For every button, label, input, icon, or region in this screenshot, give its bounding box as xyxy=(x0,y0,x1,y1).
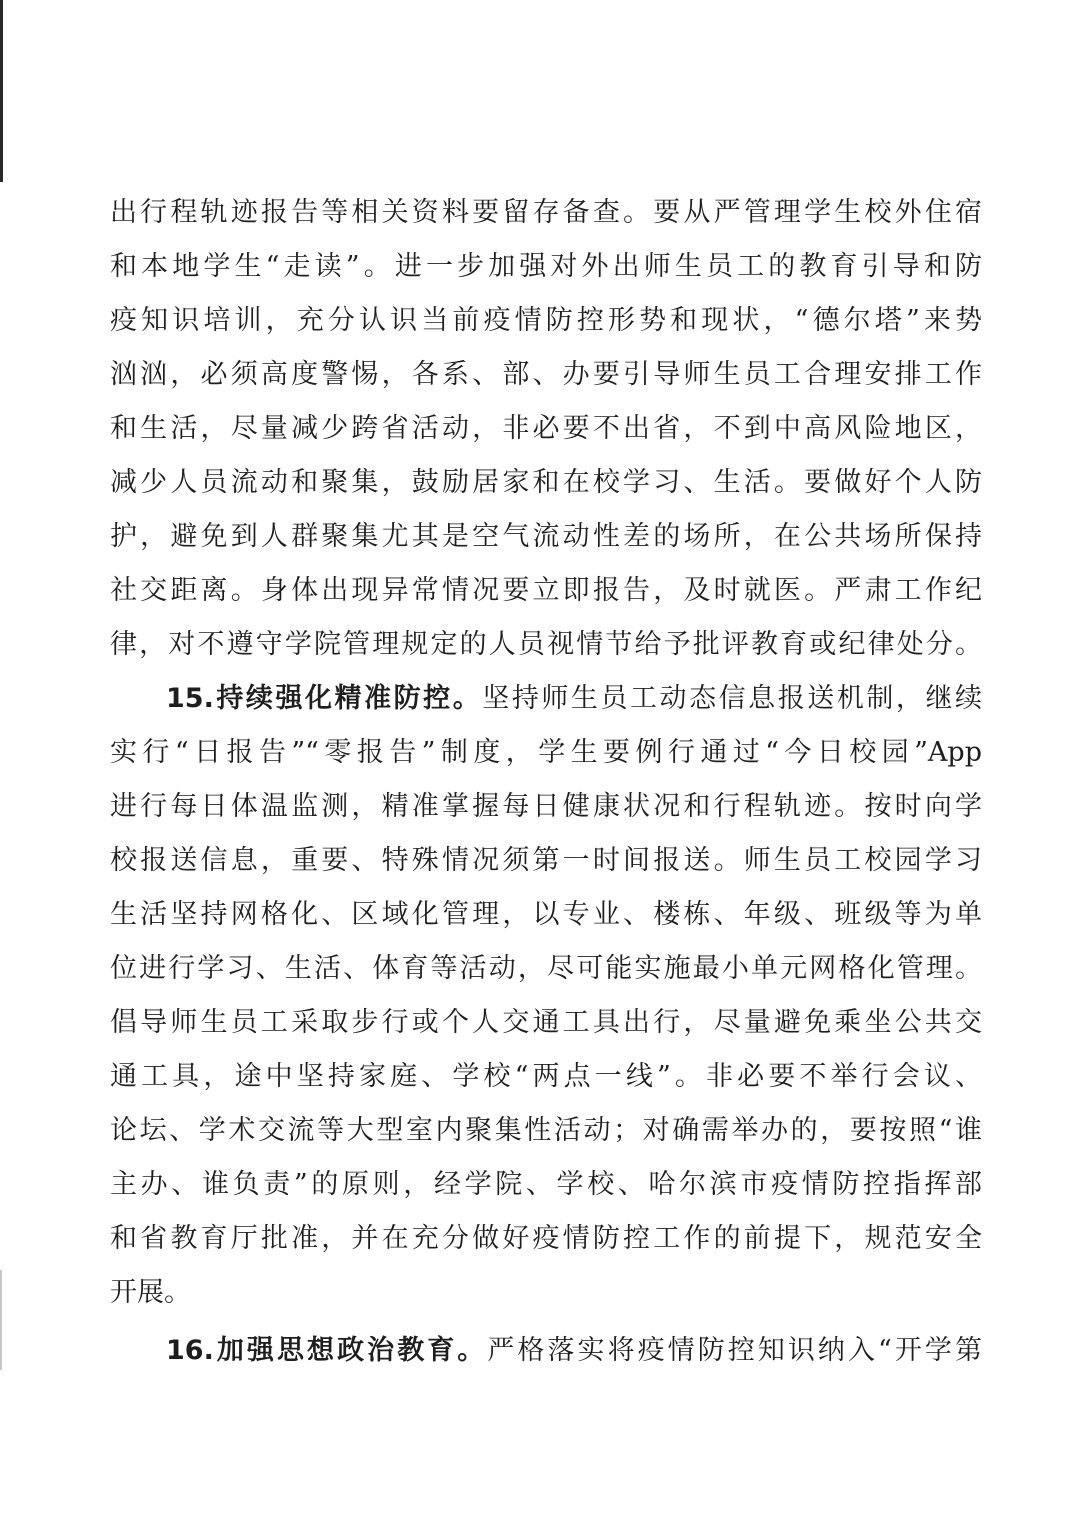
section-16: 16.加强思想政治教育。严格落实将疫情防控知识纳入“开学第 xyxy=(110,1328,982,1382)
text-line: 进行每日体温监测，精准掌握每日健康状况和行程轨迹。按时向学 xyxy=(110,784,982,838)
text-line: 出行程轨迹报告等相关资料要留存备查。要从严管理学生校外住宿 xyxy=(110,190,982,244)
section-15-heading: 15.持续强化精准防控。 xyxy=(166,683,482,714)
text-line: 生活坚持网格化、区域化管理，以专业、楼栋、年级、班级等为单 xyxy=(110,892,982,946)
text-line: 通工具，途中坚持家庭、学校“两点一线”。非必要不举行会议、 xyxy=(110,1054,982,1108)
section-16-first-line-text: 严格落实将疫情防控知识纳入“开学第 xyxy=(487,1335,982,1366)
text-line: 校报送信息，重要、特殊情况须第一时间报送。师生员工校园学习 xyxy=(110,838,982,892)
text-line: 减少人员流动和聚集，鼓励居家和在校学习、生活。要做好个人防 xyxy=(110,460,982,514)
text-line: 和省教育厅批准，并在充分做好疫情防控工作的前提下，规范安全 xyxy=(110,1216,982,1270)
text-line: 社交距离。身体出现异常情况要立即报告，及时就医。严肃工作纪 xyxy=(110,568,982,622)
section-15-first-line: 15.持续强化精准防控。坚持师生员工动态信息报送机制，继续 xyxy=(110,676,982,730)
text-line: 论坛、学术交流等大型室内聚集性活动；对确需举办的，要按照“谁 xyxy=(110,1108,982,1162)
text-line: 汹汹，必须高度警惕，各系、部、办要引导师生员工合理安排工作 xyxy=(110,352,982,406)
text-line: 和生活，尽量减少跨省活动，非必要不出省，不到中高风险地区， xyxy=(110,406,982,460)
text-line-last: 开展。 xyxy=(110,1270,982,1324)
text-line: 律，对不遵守学院管理规定的人员视情节给予批评教育或纪律处分。 xyxy=(110,622,982,676)
text-line: 倡导师生员工采取步行或个人交通工具出行，尽量避免乘坐公共交 xyxy=(110,1000,982,1054)
section-15-first-line-text: 坚持师生员工动态信息报送机制，继续 xyxy=(482,683,982,714)
section-16-heading: 16.加强思想政治教育。 xyxy=(166,1335,487,1366)
text-line: 和本地学生“走读”。进一步加强对外出师生员工的教育引导和防 xyxy=(110,244,982,298)
document-page: 出行程轨迹报告等相关资料要留存备查。要从严管理学生校外住宿 和本地学生“走读”。… xyxy=(110,190,982,1382)
scan-edge-shadow-lower xyxy=(0,1270,2,1370)
text-line: 疫知识培训，充分认识当前疫情防控形势和现状，“德尔塔”来势 xyxy=(110,298,982,352)
paragraph-continuation: 出行程轨迹报告等相关资料要留存备查。要从严管理学生校外住宿 和本地学生“走读”。… xyxy=(110,190,982,676)
section-15: 15.持续强化精准防控。坚持师生员工动态信息报送机制，继续 实行“日报告”“零报… xyxy=(110,676,982,1324)
section-16-first-line: 16.加强思想政治教育。严格落实将疫情防控知识纳入“开学第 xyxy=(110,1328,982,1382)
text-line: 实行“日报告”“零报告”制度，学生要例行通过“今日校园”App xyxy=(110,730,982,784)
text-line: 主办、谁负责”的原则，经学院、学校、哈尔滨市疫情防控指挥部 xyxy=(110,1162,982,1216)
scan-edge-shadow xyxy=(0,0,3,182)
text-line: 护，避免到人群聚集尤其是空气流动性差的场所，在公共场所保持 xyxy=(110,514,982,568)
text-line: 位进行学习、生活、体育等活动，尽可能实施最小单元网格化管理。 xyxy=(110,946,982,1000)
